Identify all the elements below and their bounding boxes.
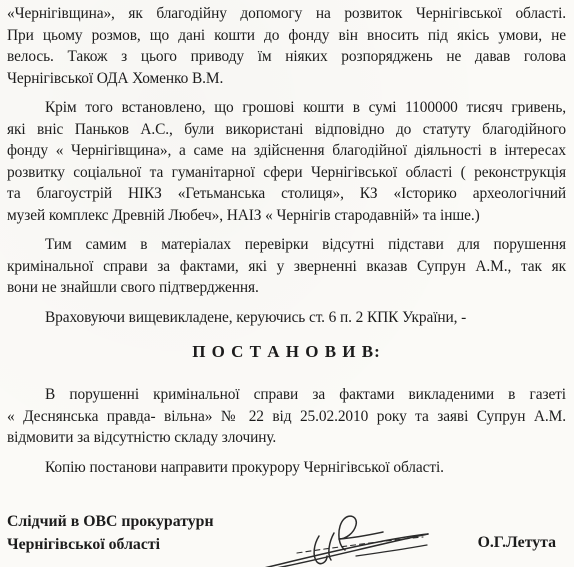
text-line: « Деснянська правда- вільна» № 22 від 25… [7, 406, 566, 428]
text-line: музей комплекс Древній Любеч», НАІЗ « Че… [7, 205, 566, 227]
text-line: При цьому розмов, що дані кошти до фонду… [7, 25, 566, 47]
paragraph: «Чернігівщина», як благодійну допомогу н… [7, 3, 566, 89]
text-line: та благоустрій НІКЗ «Гетьманська столиця… [7, 183, 566, 205]
text-line: Чернігівської ОДА Хоменко В.М. [7, 68, 566, 90]
document-page: «Чернігівщина», як благодійну допомогу н… [0, 0, 574, 567]
signature-name: О.Г.Летута [478, 534, 566, 552]
text-line: Крім того встановлено, що грошові кошти … [7, 97, 566, 119]
paragraph: Враховуючи вищевикладене, керуючись ст. … [7, 307, 566, 329]
text-line: розвитку соціальної та гуманітарної сфер… [7, 162, 566, 184]
text-line: велось. Також з цього приводу їм ніяких … [7, 46, 566, 68]
text-line: фонду « Чернігівщина», а саме на здійсне… [7, 140, 566, 162]
text-line: Тим самим в матеріалах перевірки відсутн… [7, 234, 566, 256]
text-line: які вніс Паньков А.С., були використані … [7, 119, 566, 141]
text-line: В порушенні кримінальної справи за факта… [7, 384, 566, 406]
paragraph: Тим самим в матеріалах перевірки відсутн… [7, 234, 566, 299]
document-body: «Чернігівщина», як благодійну допомогу н… [7, 3, 566, 478]
text-line: вони не знайшли свого підтвердження. [7, 277, 566, 299]
paragraph: В порушенні кримінальної справи за факта… [7, 384, 566, 449]
signature-role-line1: Слідчий в ОВС прокуратурн [7, 510, 214, 533]
signature-block: Слідчий в ОВС прокуратурн Чернігівської … [7, 510, 566, 567]
paragraph: Копію постанови направити прокурору Черн… [7, 457, 566, 479]
signature-role-line2: Чернігівської області [7, 533, 214, 556]
resolution-heading: П О С Т А Н О В И В: [7, 342, 566, 362]
text-line: Копію постанови направити прокурору Черн… [7, 457, 566, 479]
signature-role: Слідчий в ОВС прокуратурн Чернігівської … [7, 510, 214, 556]
text-line: кримінальної справи за фактами, які у зв… [7, 256, 566, 278]
text-line: відмовити за відсутністю складу злочину. [7, 427, 566, 449]
text-line: «Чернігівщина», як благодійну допомогу н… [7, 3, 566, 25]
handwritten-signature-icon [261, 512, 431, 567]
signature-scribble [214, 512, 478, 567]
paragraph: Крім того встановлено, що грошові кошти … [7, 97, 566, 226]
text-line: Враховуючи вищевикладене, керуючись ст. … [7, 307, 566, 329]
